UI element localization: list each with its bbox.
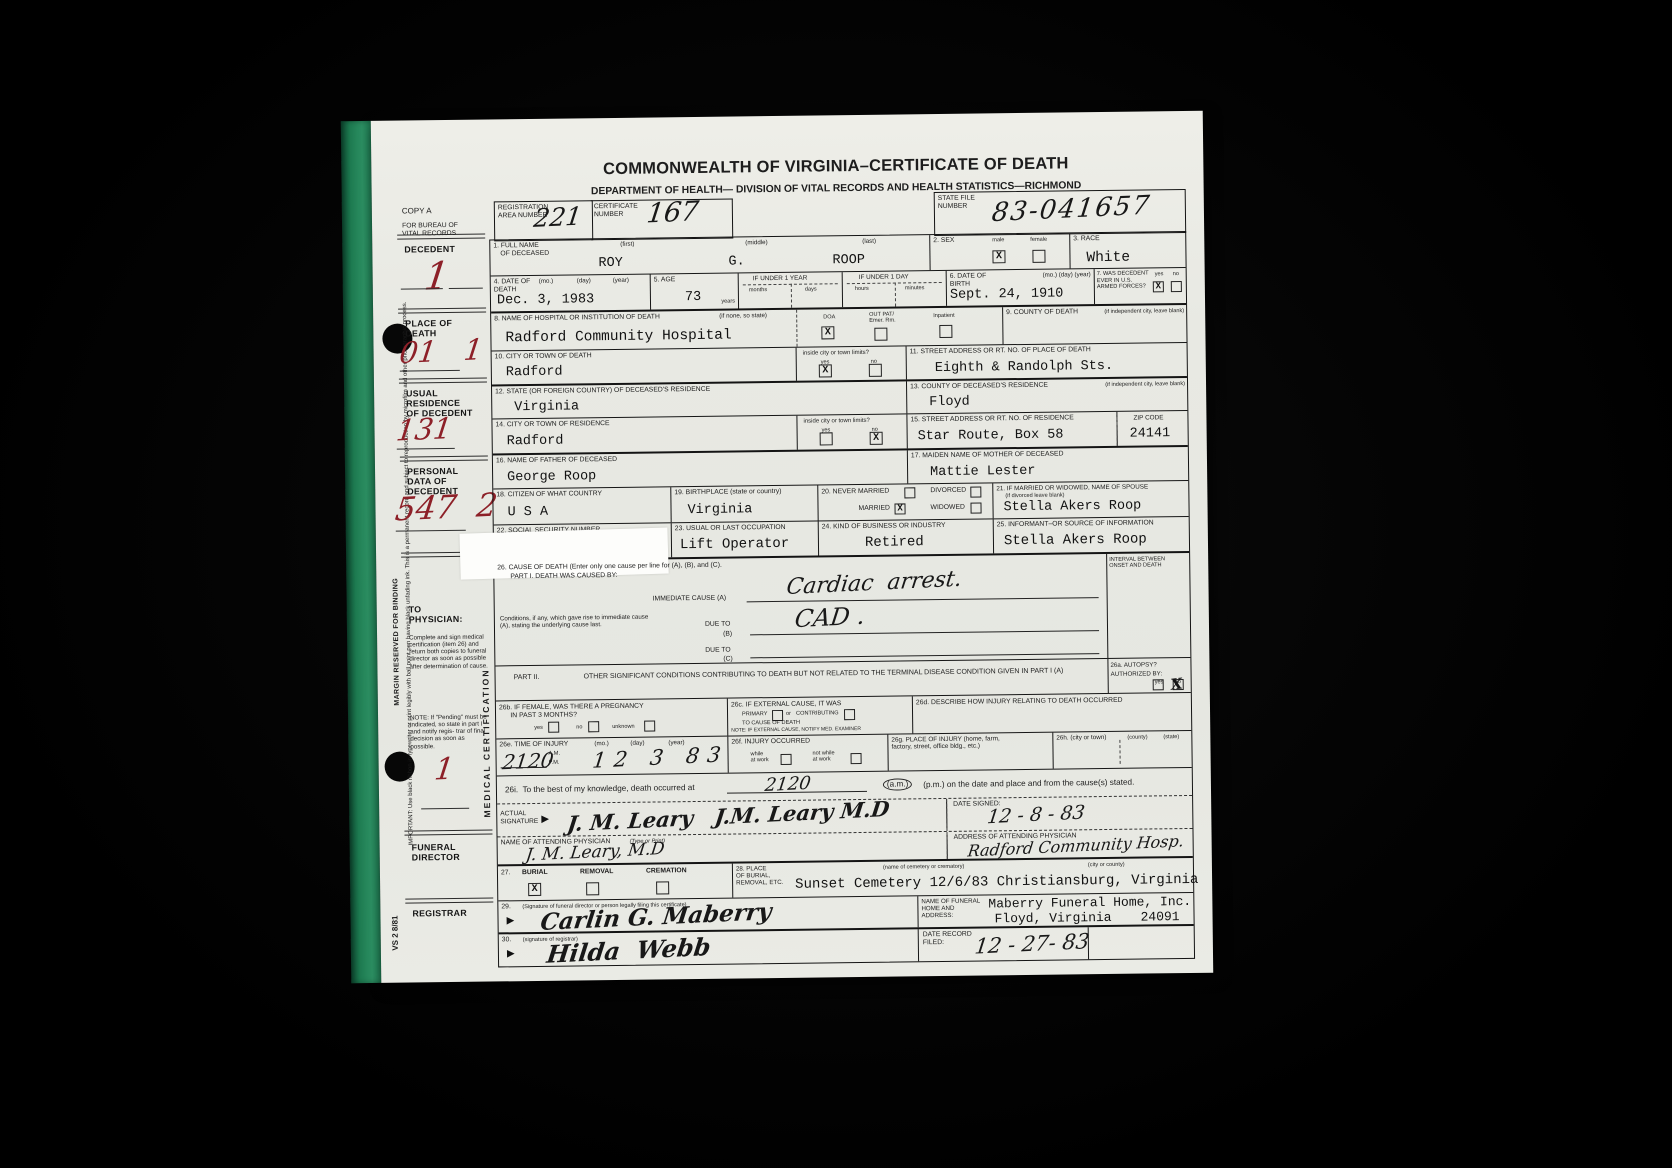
county-death-note: (if independent city, leave blank) [1104, 308, 1184, 315]
autopsy-auth-label: AUTHORIZED BY: [1111, 670, 1163, 678]
u1y-label: IF UNDER 1 YEAR [753, 275, 808, 283]
last-name-value: ROOP [832, 253, 865, 268]
burial-label: BURIAL [522, 869, 548, 877]
field-city-limits-residence: inside city or town limits? yes no X [797, 414, 907, 449]
arrow-icon: ▶ [541, 814, 549, 825]
funeral-home-city-value: Floyd, Virginia [994, 910, 1111, 926]
field-ssn: 22. SOCIAL SECURITY NUMBER [494, 523, 672, 559]
preg-no-label: no [576, 724, 582, 730]
middle-name-value: G. [728, 254, 744, 269]
father-label: 16. NAME OF FATHER OF DECEASED [496, 456, 617, 465]
describe-injury-label: 26d. DESCRIBE HOW INJURY RELATING TO DEA… [916, 697, 1123, 707]
date-signed-value: 12 - 8 - 83 [986, 801, 1086, 828]
registration-area-value: 221 [532, 201, 583, 232]
divider [399, 378, 487, 384]
state-res-label: 12. STATE (OR FOREIGN COUNTRY) OF DECEAS… [495, 386, 710, 396]
field-registrar-signature: 30. (signature of registrar) ▶ Hilda Web… [499, 929, 919, 966]
informant-value: Stella Akers Roop [1004, 531, 1147, 549]
dod-yr: (year) [613, 277, 629, 284]
widowed-label: WIDOWED [930, 504, 964, 512]
field-injury-city: 26h. (city or town) (county) (state) [1053, 731, 1191, 769]
age-value: 73 [685, 290, 701, 305]
section-to-physician: TO PHYSICIAN: [409, 604, 463, 625]
hospital-note: (if none, so state) [719, 312, 767, 320]
autopsy-label: 26a. AUTOPSY? [1110, 661, 1156, 669]
to-cause-label: TO CAUSE OF DEATH [742, 720, 800, 727]
outpatient-label: OUT PAT/ Emer. Rm. [869, 312, 896, 324]
spouse-value: Stella Akers Roop [1003, 499, 1141, 516]
checkbox-pregnancy-yes [548, 722, 559, 733]
field-external-cause: 26c. IF EXTERNAL CAUSE, IT WAS PRIMARY o… [728, 696, 913, 735]
dob-label: 6. DATE OF [950, 272, 987, 280]
part1-label: PART I. DEATH WAS CAUSED BY: [510, 572, 617, 581]
spouse-note: (if divorced leave blank) [1005, 492, 1064, 499]
checkbox-sex-male: X [992, 250, 1005, 263]
physician-instructions: Complete and sign medical certification … [409, 634, 489, 671]
age-label: 5. AGE [654, 276, 676, 284]
hours-label: hours [855, 286, 869, 292]
form-grid: 1. FULL NAME OF DECEASED (first) (middle… [489, 231, 1195, 967]
field-date-of-death: 4. DATE OF (mo.) (day) (year) DEATH Dec.… [491, 275, 651, 312]
section-funeral-director: FUNERAL DIRECTOR [412, 842, 460, 863]
months-label: months [749, 287, 767, 293]
due-to-c-label: DUE TO [705, 647, 731, 655]
first-name-value: ROY [598, 256, 622, 271]
part2-text: OTHER SIGNIFICANT CONDITIONS CONTRIBUTIN… [584, 668, 1064, 682]
death-occurred-pre: 26i. To the best of my knowledge, death … [505, 783, 695, 795]
funeral-home-label: NAME OF FUNERAL HOME AND ADDRESS: [921, 898, 980, 920]
sex-label: 2. SEX [933, 237, 954, 245]
dob-fmt: (mo.) (day) (year) [1043, 271, 1091, 279]
while-at-work-label: while at work [750, 751, 768, 763]
part2-label: PART II. [514, 674, 540, 682]
field-sex: 2. SEX male female X [930, 233, 1070, 270]
field-street-of-death: 11. STREET ADDRESS OR RT. NO. OF PLACE O… [907, 343, 1187, 379]
industry-value: Retired [865, 534, 924, 551]
checkbox-removal [586, 882, 599, 895]
field-citizen: 18. CITIZEN OF WHAT COUNTRY U S A [493, 487, 671, 524]
am-circled: (a.m.) [883, 778, 913, 791]
place-of-burial-value: Sunset Cemetery 12/6/83 Christiansburg, … [795, 872, 1198, 893]
mother-name-value: Mattie Lester [930, 464, 1036, 480]
conditions-note: Conditions, if any, which gave rise to i… [500, 614, 652, 630]
code-usual-residence: 131 [394, 411, 454, 448]
external-cause-label: 26c. IF EXTERNAL CAUSE, IT WAS [731, 700, 842, 709]
field-date-of-birth: 6. DATE OF (mo.) (day) (year) BIRTH Sept… [947, 269, 1095, 306]
date-of-birth-value: Sept. 24, 1910 [950, 286, 1064, 302]
checkbox-while-at-work [781, 754, 792, 765]
city-county-note: (city or county) [1088, 862, 1125, 868]
actual-signature-label: ACTUAL SIGNATURE [500, 810, 538, 826]
arrow-icon: ▶ [506, 915, 514, 926]
field-pregnancy: 26b. IF FEMALE, WAS THERE A PREGNANCY IN… [496, 699, 728, 739]
county-res-note: (if independent city, leave blank) [1105, 381, 1185, 388]
limits-label2: inside city or town limits? [803, 418, 869, 425]
checkbox-armed-forces-yes: X [1153, 281, 1164, 292]
ti-mo: (mo.) [594, 740, 609, 747]
days-label: days [805, 286, 817, 292]
checkbox-pregnancy-unknown [644, 721, 655, 732]
injury-state-label: (state) [1163, 734, 1179, 740]
date-of-death-value: Dec. 3, 1983 [497, 292, 594, 308]
divorced-label: DIVORCED [930, 487, 966, 495]
field-county-of-death: 9. COUNTY OF DEATH (if independent city,… [1003, 305, 1186, 344]
funeral-home-zip-value: 24091 [1140, 909, 1179, 924]
field-autopsy: 26a. AUTOPSY? AUTHORIZED BY: yes no X [1108, 658, 1190, 693]
checkbox-widowed [970, 502, 981, 513]
injury-county-label: (county) [1127, 734, 1147, 740]
inpatient-label: Inpatient [933, 313, 955, 319]
certificate-document: MARGIN RESERVED FOR BINDING IMPORTANT: U… [341, 111, 1213, 983]
preg-yes-label: yes [534, 725, 543, 731]
field-state-residence: 12. STATE (OR FOREIGN COUNTRY) OF DECEAS… [492, 381, 907, 418]
field-funeral-home: NAME OF FUNERAL HOME AND ADDRESS: Maberr… [918, 893, 1193, 927]
city-residence-value: Radford [507, 434, 564, 450]
u1d-label: IF UNDER 1 DAY [859, 273, 909, 281]
checkbox-contributing [844, 709, 855, 720]
c-label: (C) [723, 656, 733, 664]
external-cause-note: NOTE: IF EXTERNAL CAUSE, NOTIFY MED. EXA… [731, 726, 861, 734]
certificate-number-value: 167 [645, 196, 700, 230]
occupation-label: 23. USUAL OR LAST OCCUPATION [675, 524, 786, 533]
checkbox-pregnancy-no [588, 721, 599, 732]
field-time-of-injury: 26e. TIME OF INJURY (mo.) (day) (year) 2… [496, 737, 728, 776]
date-of-injury-value: 12 3 83 [591, 742, 730, 773]
field-place-of-burial: 28. PLACE OF BURIAL, REMOVAL, ETC. (name… [733, 858, 1193, 898]
field-full-name: 1. FULL NAME OF DECEASED (first) (middle… [490, 235, 930, 275]
place-burial-label: 28. PLACE OF BURIAL, REMOVAL, ETC. [736, 865, 784, 887]
dod-mo: (mo.) [539, 278, 554, 285]
middle-label: (middle) [745, 239, 767, 246]
field-father-name: 16. NAME OF FATHER OF DECEASED George Ro… [493, 450, 908, 488]
immediate-cause-label: IMMEDIATE CAUSE (A) [653, 595, 727, 604]
due-to-b-label: DUE TO [705, 621, 731, 629]
field-cause-of-death: 26. CAUSE OF DEATH (Enter only one cause… [494, 554, 1108, 665]
field-county-residence: 13. COUNTY OF DECEASED'S RESIDENCE (if i… [907, 378, 1187, 413]
registrar-num: 30. [502, 936, 512, 944]
minutes-label: minutes [905, 285, 925, 291]
field-birthplace: 19. BIRTHPLACE (state or country) Virgin… [671, 485, 818, 522]
field-attending-physician-address: ADDRESS OF ATTENDING PHYSICIAN Radford C… [946, 829, 1191, 859]
street-residence-value: Star Route, Box 58 [918, 427, 1064, 444]
checkbox-death-limits-no [869, 364, 882, 377]
field-mother-name: 17. MAIDEN NAME OF MOTHER OF DECEASED Ma… [908, 447, 1188, 483]
divider [397, 234, 485, 240]
female-label: female [1030, 237, 1047, 243]
field-describe-injury: 26d. DESCRIBE HOW INJURY RELATING TO DEA… [913, 693, 1191, 733]
checkbox-outpatient [874, 328, 887, 341]
field-race: 3. RACE White [1070, 232, 1185, 268]
am-label: A.M. [548, 751, 560, 757]
industry-label: 24. KIND OF BUSINESS OR INDUSTRY [822, 522, 946, 531]
field-hospital: 8. NAME OF HOSPITAL OR INSTITUTION OF DE… [491, 307, 1003, 350]
birthplace-label: 19. BIRTHPLACE (state or country) [674, 488, 781, 497]
street-of-death-value: Eighth & Randolph Sts. [935, 359, 1113, 376]
field-spouse: 21. IF MARRIED OR WIDOWED, NAME OF SPOUS… [993, 481, 1188, 518]
checkbox-married: X [894, 503, 905, 514]
copy-label: COPY A [402, 206, 432, 216]
injury-occurred-label: 26f. INJURY OCCURRED [731, 738, 810, 747]
date-filed-label: DATE RECORD FILED: [923, 931, 972, 947]
dod-day: (day) [577, 277, 591, 284]
field-marital-status: 20. NEVER MARRIED DIVORCED MARRIED X WID… [818, 483, 993, 520]
field-actual-signature: ACTUAL SIGNATURE ▶ J. M. Leary J.M. Lear… [497, 799, 947, 836]
autopsy-no-handwritten-x: X [1170, 675, 1184, 694]
county-res-label: 13. COUNTY OF DECEASED'S RESIDENCE [910, 382, 1048, 391]
cremation-label: CREMATION [646, 867, 687, 875]
field-street-residence: 15. STREET ADDRESS OR RT. NO. OF RESIDEN… [907, 412, 1117, 449]
removal-label: REMOVAL [580, 868, 614, 876]
divider [404, 829, 492, 835]
citizen-label: 18. CITIZEN OF WHAT COUNTRY [496, 490, 602, 499]
place-injury-label: 26g. PLACE OF INJURY (home, farm, factor… [891, 735, 1049, 752]
street-res-label: 15. STREET ADDRESS OR RT. NO. OF RESIDEN… [910, 414, 1073, 424]
field-if-under-1-year: IF UNDER 1 YEAR months days [739, 272, 843, 308]
checkbox-doa: X [821, 326, 834, 339]
city-res-label: 14. CITY OR TOWN OF RESIDENCE [495, 420, 609, 429]
occupation-value: Lift Operator [680, 536, 789, 553]
field-occupation: 23. USUAL OR LAST OCCUPATION Lift Operat… [672, 521, 819, 557]
checkbox-res-limits-yes [820, 432, 833, 445]
field-city-of-death: 10. CITY OR TOWN OF DEATH Radford [492, 348, 797, 385]
cause-c-line [750, 653, 1099, 658]
checkbox-divorced [970, 486, 981, 497]
not-while-at-work-label: not while at work [812, 750, 834, 762]
field-informant: 25. INFORMANT–OR SOURCE OF INFORMATION S… [994, 517, 1189, 553]
doa-label: DOA [823, 314, 835, 320]
state-file-number-label: STATE FILE NUMBER [938, 195, 975, 211]
divider [405, 897, 493, 903]
county-death-label: 9. COUNTY OF DEATH [1006, 308, 1078, 317]
never-married-label: 20. NEVER MARRIED [821, 488, 889, 497]
pending-note: NOTE: If "Pending" must be indicated, so… [410, 714, 490, 751]
married-label: MARRIED [858, 505, 889, 513]
interval-label: INTERVAL BETWEEN ONSET AND DEATH [1109, 556, 1165, 569]
checkbox-inpatient [939, 325, 952, 338]
empty-cell [1089, 926, 1194, 959]
checkbox-res-limits-no: X [870, 432, 883, 445]
contributing-label: CONTRIBUTING [796, 710, 839, 717]
field-injury-occurred: 26f. INJURY OCCURRED while at work not w… [728, 735, 888, 773]
field-industry: 24. KIND OF BUSINESS OR INDUSTRY Retired [819, 519, 994, 555]
male-label: male [992, 237, 1004, 243]
checkbox-death-limits-yes: X [819, 364, 832, 377]
checkbox-cremation [656, 881, 669, 894]
armed-forces-label: 7. WAS DECEDENT EVER IN U.S. ARMED FORCE… [1097, 270, 1149, 290]
field-date-signed: DATE SIGNED: 12 - 8 - 83 [946, 796, 1191, 831]
disposition-num: 27. [501, 869, 511, 877]
limits-label: inside city or town limits? [803, 350, 869, 357]
hospital-value: Radford Community Hospital [505, 328, 731, 347]
field-disposition: 27. BURIAL REMOVAL CREMATION X [498, 864, 733, 901]
spouse-label: 21. IF MARRIED OR WIDOWED, NAME OF SPOUS… [996, 483, 1148, 492]
checkbox-sex-female [1032, 250, 1045, 263]
code-place-of-death: 01 1 [397, 332, 484, 370]
form-number: VS 2 8/81 [390, 881, 400, 951]
af-no-label: no [1173, 271, 1179, 277]
pregnancy-label: 26b. IF FEMALE, WAS THERE A PREGNANCY IN… [499, 703, 644, 720]
mother-label: 17. MAIDEN NAME OF MOTHER OF DECEASED [911, 450, 1064, 460]
race-label: 3. RACE [1073, 235, 1100, 243]
zip-value: 24141 [1130, 426, 1171, 441]
cause-a-value: Cardiac arrest. [785, 567, 963, 600]
field-city-limits-death: inside city or town limits? yes no X [797, 346, 907, 380]
field-attending-physician-name: NAME OF ATTENDING PHYSICIAN (Type or Pri… [498, 832, 948, 864]
checkbox-burial: X [528, 883, 541, 896]
checkbox-not-while-at-work [851, 753, 862, 764]
death-occurred-post: (p.m.) on the date and place and from th… [921, 778, 1135, 790]
checkbox-never-married [904, 487, 915, 498]
or-label: or [786, 711, 791, 717]
field-city-residence: 14. CITY OR TOWN OF RESIDENCE Radford [492, 416, 797, 454]
citizen-value: U S A [507, 505, 548, 520]
checkbox-autopsy-yes [1153, 679, 1164, 690]
birthplace-value: Virginia [687, 502, 752, 518]
father-name-value: George Roop [507, 469, 596, 485]
primary-label: PRIMARY [742, 711, 767, 717]
county-residence-value: Floyd [929, 395, 970, 410]
pm-label: P.M. [549, 760, 560, 766]
divider [398, 308, 486, 314]
af-yes-label: yes [1155, 271, 1164, 277]
field-place-of-injury: 26g. PLACE OF INJURY (home, farm, factor… [888, 733, 1053, 771]
field-zip: ZIP CODE 24141 [1116, 411, 1186, 446]
field-date-filed: DATE RECORD FILED: 12 - 27- 83 [919, 927, 1089, 961]
zip-label: ZIP CODE [1133, 414, 1163, 422]
arrow-icon: ▶ [507, 948, 515, 959]
last-label: (last) [862, 238, 876, 245]
full-name-label2: OF DECEASED [500, 250, 549, 258]
time-of-injury-value: 2120 [501, 748, 555, 775]
fd-num: 29. [501, 903, 511, 911]
section-registrar: REGISTRAR [412, 908, 467, 919]
field-armed-forces: 7. WAS DECEDENT EVER IN U.S. ARMED FORCE… [1095, 268, 1186, 304]
age-unit: years [721, 298, 735, 304]
injury-city-label: 26h. (city or town) [1056, 734, 1106, 742]
hospital-label: 8. NAME OF HOSPITAL OR INSTITUTION OF DE… [494, 313, 660, 323]
field-funeral-director-signature: 29. (Signature of funeral director or pe… [498, 896, 918, 932]
field-interval: INTERVAL BETWEEN ONSET AND DEATH [1107, 553, 1190, 658]
cause-b-value: CAD . [793, 602, 867, 634]
informant-label: 25. INFORMANT–OR SOURCE OF INFORMATION [997, 519, 1154, 529]
b-label: (B) [723, 631, 732, 639]
cemetery-note: (name of cemetery or crematory) [883, 864, 965, 871]
field-if-under-1-day: IF UNDER 1 DAY hours minutes [843, 271, 947, 307]
city-of-death-value: Radford [506, 365, 563, 381]
preg-unknown-label: unknown [612, 724, 634, 730]
first-label: (first) [620, 241, 634, 248]
dod-label: 4. DATE OF [494, 278, 531, 286]
death-occurred-time: 2120 [764, 773, 812, 796]
city-death-label: 10. CITY OR TOWN OF DEATH [495, 352, 592, 361]
state-residence-value: Virginia [514, 399, 579, 415]
street-death-label: 11. STREET ADDRESS OR RT. NO. OF PLACE O… [910, 346, 1091, 356]
cause-label: 26. CAUSE OF DEATH (Enter only one cause… [497, 562, 722, 573]
code-personal-data: 547 2 [393, 486, 500, 529]
date-filed-value: 12 - 27- 83 [973, 929, 1090, 959]
certificate-number-label: CERTIFICATE NUMBER [594, 203, 638, 219]
photo-of-death-certificate: MARGIN RESERVED FOR BINDING IMPORTANT: U… [0, 0, 1672, 1168]
field-age: 5. AGE 73 years [651, 273, 739, 309]
race-value: White [1086, 250, 1130, 267]
checkbox-armed-forces-no [1171, 281, 1182, 292]
